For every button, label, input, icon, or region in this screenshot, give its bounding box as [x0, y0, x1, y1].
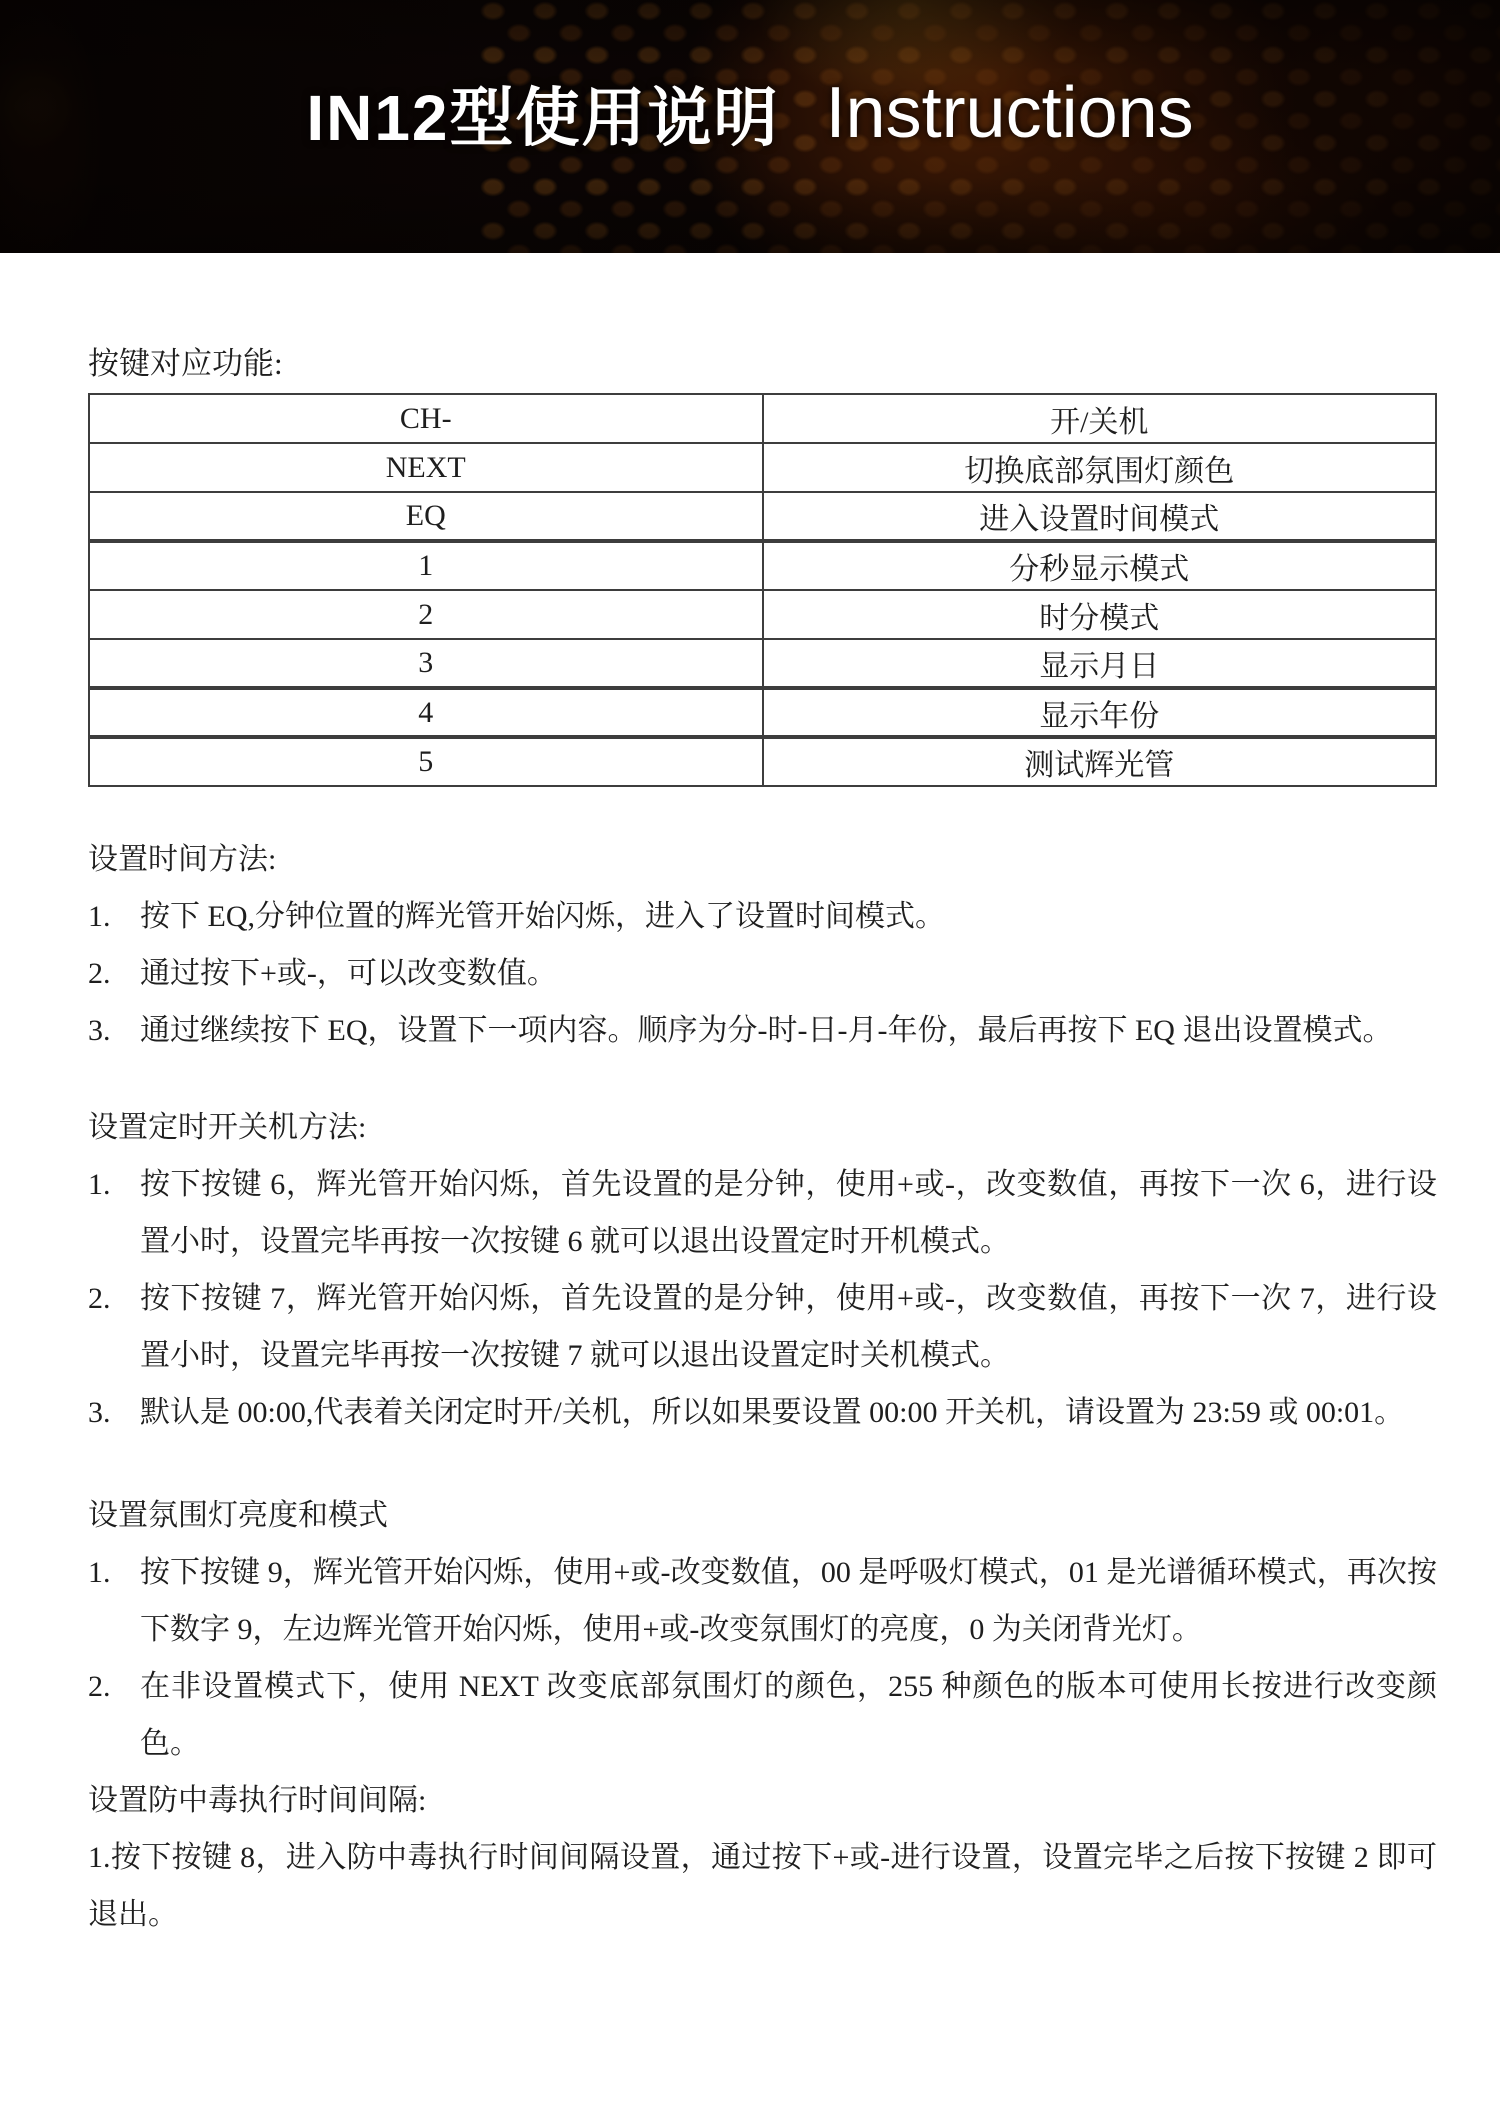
instruction-item: 3.默认是 00:00,代表着关闭定时开/关机，所以如果要设置 00:00 开关… — [88, 1384, 1437, 1441]
item-text: 按下按键 6，辉光管开始闪烁，首先设置的是分钟，使用+或-，改变数值，再按下一次… — [140, 1156, 1437, 1270]
instruction-item: 1.按下按键 6，辉光管开始闪烁，首先设置的是分钟，使用+或-，改变数值，再按下… — [88, 1156, 1437, 1270]
item-text: 按下 EQ,分钟位置的辉光管开始闪烁，进入了设置时间模式。 — [140, 888, 1437, 945]
button-cell: 4 — [89, 688, 763, 737]
table-row: 4显示年份 — [89, 688, 1436, 737]
item-number: 1. — [88, 888, 140, 945]
instruction-item: 1.按下按键 9，辉光管开始闪烁，使用+或-改变数值，00 是呼吸灯模式，01 … — [88, 1544, 1437, 1658]
item-number: 1. — [88, 1544, 140, 1601]
instruction-list: 1.按下按键 9，辉光管开始闪烁，使用+或-改变数值，00 是呼吸灯模式，01 … — [88, 1544, 1437, 1772]
page-title-zh: IN12型使用说明 — [306, 67, 779, 159]
function-cell: 开/关机 — [763, 394, 1437, 443]
item-text: 在非设置模式下，使用 NEXT 改变底部氛围灯的颜色，255 种颜色的版本可使用… — [140, 1658, 1437, 1772]
section-heading: 设置定时开关机方法: — [88, 1099, 1437, 1156]
button-cell: EQ — [89, 492, 763, 541]
function-cell: 显示年份 — [763, 688, 1437, 737]
table-row: EQ进入设置时间模式 — [89, 492, 1436, 541]
instruction-item: 1.按下 EQ,分钟位置的辉光管开始闪烁，进入了设置时间模式。 — [88, 888, 1437, 945]
item-text: 通过按下+或-，可以改变数值。 — [140, 945, 1437, 1002]
table-row: 1分秒显示模式 — [89, 541, 1436, 590]
button-cell: 2 — [89, 590, 763, 639]
key-function-table-body: CH-开/关机NEXT切换底部氛围灯颜色EQ进入设置时间模式1分秒显示模式2时分… — [89, 394, 1436, 786]
button-cell: CH- — [89, 394, 763, 443]
section-anti-poisoning: 设置防中毒执行时间间隔: 1.按下按键 8，进入防中毒执行时间间隔设置，通过按下… — [88, 1772, 1437, 1943]
button-cell: 5 — [89, 737, 763, 786]
section-ambient-light: 设置氛围灯亮度和模式 1.按下按键 9，辉光管开始闪烁，使用+或-改变数值，00… — [88, 1487, 1437, 1772]
section-set-time: 设置时间方法: 1.按下 EQ,分钟位置的辉光管开始闪烁，进入了设置时间模式。2… — [88, 831, 1437, 1059]
instruction-item: 2.通过按下+或-，可以改变数值。 — [88, 945, 1437, 1002]
section-heading: 设置防中毒执行时间间隔: — [88, 1772, 1437, 1829]
item-number: 2. — [88, 945, 140, 1002]
item-number: 3. — [88, 1002, 140, 1059]
button-cell: 1 — [89, 541, 763, 590]
header-banner: IN12型使用说明 Instructions — [0, 0, 1500, 253]
item-text: 默认是 00:00,代表着关闭定时开/关机，所以如果要设置 00:00 开关机，… — [140, 1384, 1437, 1441]
key-function-label: 按键对应功能: — [88, 347, 1437, 381]
instruction-item: 3.通过继续按下 EQ，设置下一项内容。顺序为分-时-日-月-年份，最后再按下 … — [88, 1002, 1437, 1059]
function-cell: 进入设置时间模式 — [763, 492, 1437, 541]
section-timer-on-off: 设置定时开关机方法: 1.按下按键 6，辉光管开始闪烁，首先设置的是分钟，使用+… — [88, 1099, 1437, 1441]
section-heading: 设置时间方法: — [88, 831, 1437, 888]
button-cell: 3 — [89, 639, 763, 688]
instruction-list: 1.按下 EQ,分钟位置的辉光管开始闪烁，进入了设置时间模式。2.通过按下+或-… — [88, 888, 1437, 1059]
table-row: 3显示月日 — [89, 639, 1436, 688]
table-row: 2时分模式 — [89, 590, 1436, 639]
instruction-item: 2.按下按键 7，辉光管开始闪烁，首先设置的是分钟，使用+或-，改变数值，再按下… — [88, 1270, 1437, 1384]
item-number: 3. — [88, 1384, 140, 1441]
item-text: 按下按键 9，辉光管开始闪烁，使用+或-改变数值，00 是呼吸灯模式，01 是光… — [140, 1544, 1437, 1658]
item-text: 通过继续按下 EQ，设置下一项内容。顺序为分-时-日-月-年份，最后再按下 EQ… — [140, 1002, 1437, 1059]
item-number: 2. — [88, 1658, 140, 1715]
page-title: IN12型使用说明 Instructions — [0, 0, 1500, 253]
table-row: CH-开/关机 — [89, 394, 1436, 443]
instruction-item: 2.在非设置模式下，使用 NEXT 改变底部氛围灯的颜色，255 种颜色的版本可… — [88, 1658, 1437, 1772]
function-cell: 时分模式 — [763, 590, 1437, 639]
section-heading: 设置氛围灯亮度和模式 — [88, 1487, 1437, 1544]
page-title-en: Instructions — [826, 72, 1194, 154]
table-row: 5测试辉光管 — [89, 737, 1436, 786]
button-cell: NEXT — [89, 443, 763, 492]
document-body: 按键对应功能: CH-开/关机NEXT切换底部氛围灯颜色EQ进入设置时间模式1分… — [0, 347, 1500, 1943]
item-number: 2. — [88, 1270, 140, 1327]
function-cell: 显示月日 — [763, 639, 1437, 688]
instruction-list: 1.按下按键 6，辉光管开始闪烁，首先设置的是分钟，使用+或-，改变数值，再按下… — [88, 1156, 1437, 1441]
table-row: NEXT切换底部氛围灯颜色 — [89, 443, 1436, 492]
item-text: 按下按键 7，辉光管开始闪烁，首先设置的是分钟，使用+或-，改变数值，再按下一次… — [140, 1270, 1437, 1384]
section-paragraph: 1.按下按键 8，进入防中毒执行时间间隔设置，通过按下+或-进行设置，设置完毕之… — [88, 1829, 1437, 1943]
item-number: 1. — [88, 1156, 140, 1213]
instruction-page: IN12型使用说明 Instructions 按键对应功能: CH-开/关机NE… — [0, 0, 1500, 2111]
function-cell: 切换底部氛围灯颜色 — [763, 443, 1437, 492]
function-cell: 分秒显示模式 — [763, 541, 1437, 590]
function-cell: 测试辉光管 — [763, 737, 1437, 786]
key-function-table: CH-开/关机NEXT切换底部氛围灯颜色EQ进入设置时间模式1分秒显示模式2时分… — [88, 393, 1437, 787]
